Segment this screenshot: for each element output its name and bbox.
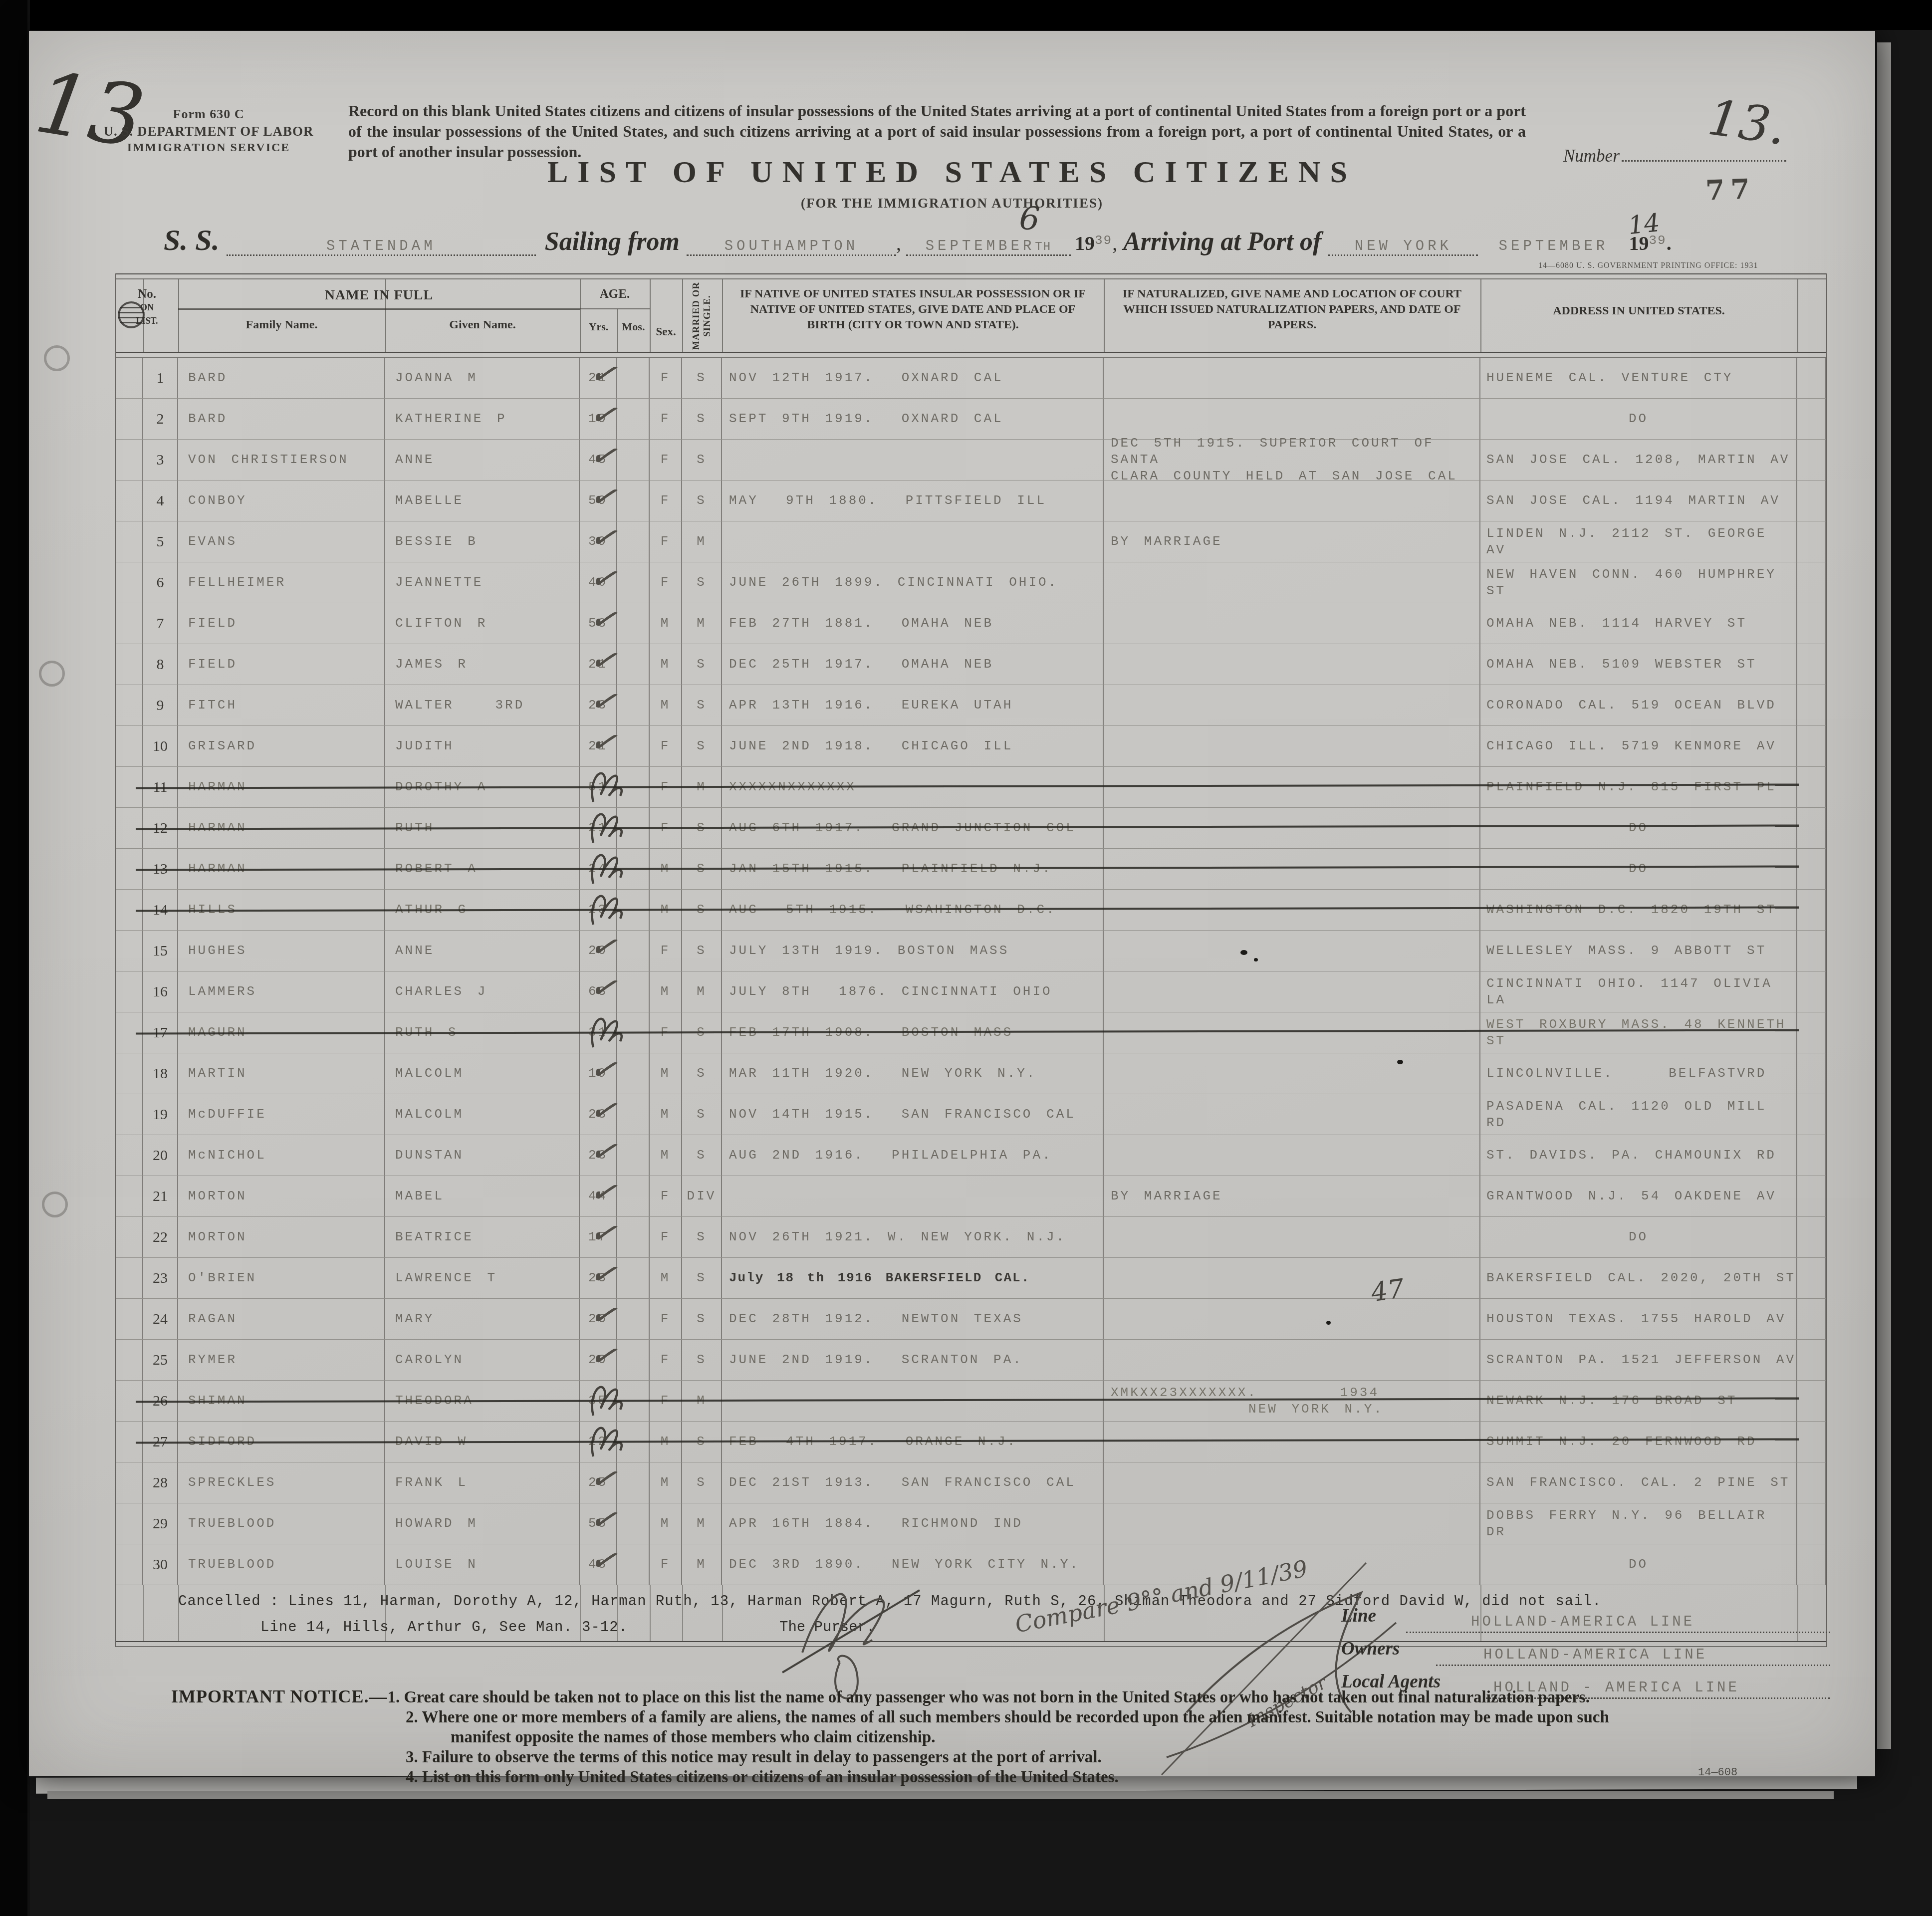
cell-given-name: ROBERT A: [385, 849, 580, 889]
cell-sex: F: [650, 358, 682, 398]
cell-birth: [722, 1176, 1104, 1216]
row-margin: [116, 1462, 143, 1503]
owners-rule: [1436, 1665, 1830, 1666]
cell-row-number: 20: [143, 1135, 178, 1176]
row-end-margin: [1797, 399, 1826, 439]
cell-birth: [722, 440, 1104, 480]
cell-naturalization: [1104, 1503, 1480, 1544]
cell-address: HOUSTON TEXAS. 1755 HAROLD AV: [1480, 1299, 1797, 1339]
row-margin: [116, 562, 143, 603]
header-divider: [1797, 279, 1798, 352]
cell-address: WASHINGTON D.C. 1820 19TH ST: [1480, 890, 1797, 930]
cell-age-months: [617, 808, 650, 848]
col-header-naturalization: IF NATURALIZED, GIVE NAME AND LOCATION O…: [1104, 286, 1480, 333]
cell-age-years: 51: [580, 767, 617, 807]
cell-age-years: 25: [580, 1462, 617, 1503]
cell-marital-status: S: [682, 1012, 722, 1053]
cell-family-name: BARD: [178, 358, 385, 398]
cell-address: DO: [1480, 808, 1797, 848]
table-row: 4CONBOYMABELLE59FSMAY 9TH 1880. PITTSFIE…: [116, 480, 1826, 521]
cell-address: HUENEME CAL. VENTURE CTY: [1480, 358, 1797, 398]
cell-address: LINDEN N.J. 2112 ST. GEORGE AV: [1480, 521, 1797, 562]
cell-naturalization: BY MARRIAGE: [1104, 521, 1480, 562]
notice-item-3: 3. Failure to observe the terms of this …: [171, 1747, 1833, 1767]
ink-speck: [1397, 1060, 1403, 1064]
ss-label: S. S.: [164, 223, 220, 257]
cell-marital-status: S: [682, 440, 722, 480]
cell-sex: M: [650, 1258, 682, 1298]
cell-row-number: 9: [143, 685, 178, 725]
cell-age-months: [617, 849, 650, 889]
table-row: 16LAMMERSCHARLES J63MMJULY 8TH 1876. CIN…: [116, 971, 1826, 1012]
cell-family-name: FIELD: [178, 603, 385, 644]
form-number: Form 630 C: [173, 107, 244, 121]
cell-age-months: [617, 1135, 650, 1176]
handwritten-sail-day: 6: [1018, 200, 1041, 239]
cell-given-name: MABEL: [385, 1176, 580, 1216]
notice-item-2b: manifest opposite the names of those mem…: [171, 1727, 1833, 1747]
cell-age-years: 31: [580, 1012, 617, 1053]
cell-sex: M: [650, 890, 682, 930]
cell-marital-status: M: [682, 1544, 722, 1585]
number-field: Number 13.: [1563, 143, 1833, 166]
cell-address: DO: [1480, 399, 1797, 439]
row-end-margin: [1797, 971, 1826, 1012]
cell-age-months: [617, 1299, 650, 1339]
cell-family-name: McNICHOL: [178, 1135, 385, 1176]
sail-year: 39: [1095, 233, 1112, 248]
cell-address: SAN FRANCISCO. CAL. 2 PINE ST: [1480, 1462, 1797, 1503]
table-row: 11HARMANDOROTHY A51FMXXXXXNXXXXXXXPLAINF…: [116, 767, 1826, 808]
cell-given-name: BEATRICE: [385, 1217, 580, 1257]
cell-birth: AUG 2ND 1916. PHILADELPHIA PA.: [722, 1135, 1104, 1176]
cell-row-number: 12: [143, 808, 178, 848]
port-to-field: NEW YORK: [1328, 238, 1478, 256]
handwritten-number: 13.: [1704, 89, 1789, 157]
cell-marital-status: S: [682, 685, 722, 725]
cell-naturalization: [1104, 726, 1480, 766]
cell-age-years: 63: [580, 971, 617, 1012]
row-end-margin: [1797, 1094, 1826, 1135]
cell-age-months: [617, 1422, 650, 1462]
cell-age-years: 23: [580, 1258, 617, 1298]
arrive-month: SEPTEMBER: [1499, 238, 1609, 254]
cell-address: DO: [1480, 1544, 1797, 1585]
cell-given-name: DAVID W: [385, 1422, 580, 1462]
form-identification: Form 630 C U. S. DEPARTMENT OF LABOR IMM…: [89, 107, 328, 155]
row-end-margin: [1797, 1462, 1826, 1503]
cell-row-number: 8: [143, 644, 178, 685]
cell-family-name: LAMMERS: [178, 971, 385, 1012]
married-label: MARRIED OR SINGLE.: [691, 281, 713, 350]
cell-address: GRANTWOOD N.J. 54 OAKDENE AV: [1480, 1176, 1797, 1216]
cell-age-years: 58: [580, 603, 617, 644]
cell-birth: JUNE 2ND 1919. SCRANTON PA.: [722, 1340, 1104, 1380]
cell-marital-status: S: [682, 1053, 722, 1094]
cell-naturalization: [1104, 1053, 1480, 1094]
row-margin: [116, 1094, 143, 1135]
cell-sex: M: [650, 1422, 682, 1462]
cell-age-months: [617, 971, 650, 1012]
cell-birth: JULY 13TH 1919. BOSTON MASS: [722, 931, 1104, 971]
print-code-bottom: 14—608: [1698, 1766, 1737, 1779]
cell-age-years: 39: [580, 521, 617, 562]
cell-sex: F: [650, 1217, 682, 1257]
sailing-info-line: S. S. STATENDAM Sailing from SOUTHAMPTON…: [164, 223, 1825, 262]
cell-row-number: 21: [143, 1176, 178, 1216]
cell-sex: F: [650, 1381, 682, 1421]
cell-age-years: 22: [580, 1422, 617, 1462]
row-end-margin: [1797, 1012, 1826, 1053]
cell-age-months: [617, 1053, 650, 1094]
row-margin: [116, 1340, 143, 1380]
row-end-margin: [1797, 1176, 1826, 1216]
header-rule: [178, 308, 580, 310]
cell-sex: F: [650, 562, 682, 603]
cell-age-years: 44: [580, 1176, 617, 1216]
cell-age-years: 21: [580, 808, 617, 848]
cell-sex: F: [650, 521, 682, 562]
cell-marital-status: S: [682, 1258, 722, 1298]
cell-sex: F: [650, 931, 682, 971]
cell-age-months: [617, 399, 650, 439]
cell-age-months: [617, 1176, 650, 1216]
table-row: 5EVANSBESSIE B39FMBY MARRIAGELINDEN N.J.…: [116, 521, 1826, 562]
notice-item-1: 1. Great care should be taken not to pla…: [387, 1688, 1589, 1706]
noteband-divider: [580, 1585, 581, 1641]
noteband-divider: [722, 1585, 723, 1641]
cell-age-months: [617, 1094, 650, 1135]
cell-family-name: O'BRIEN: [178, 1258, 385, 1298]
cell-birth: XXXXXNXXXXXXX: [722, 767, 1104, 807]
cell-age-years: 20: [580, 1340, 617, 1380]
cell-address: PLAINFIELD N.J. 815 FIRST PL: [1480, 767, 1797, 807]
cell-row-number: 25: [143, 1340, 178, 1380]
cell-given-name: MALCOLM: [385, 1094, 580, 1135]
cell-row-number: 15: [143, 931, 178, 971]
cell-age-months: [617, 562, 650, 603]
cell-marital-status: M: [682, 521, 722, 562]
cell-family-name: TRUEBLOOD: [178, 1544, 385, 1585]
cell-birth: APR 13TH 1916. EUREKA UTAH: [722, 685, 1104, 725]
table-body: 1BARDJOANNA M21FSNOV 12TH 1917. OXNARD C…: [116, 358, 1826, 1585]
cell-marital-status: S: [682, 1094, 722, 1135]
punch-hole: [39, 661, 65, 687]
cell-naturalization: [1104, 1094, 1480, 1135]
cell-age-months: [617, 1381, 650, 1421]
cell-birth: DEC 28TH 1912. NEWTON TEXAS: [722, 1299, 1104, 1339]
cell-address: LINCOLNVILLE. BELFASTVRD: [1480, 1053, 1797, 1094]
cell-age-years: 23: [580, 685, 617, 725]
cell-naturalization: [1104, 890, 1480, 930]
owners-label: Owners: [1341, 1639, 1400, 1659]
cell-age-years: 19: [580, 399, 617, 439]
cell-address: NEW HAVEN CONN. 460 HUMPHREY ST: [1480, 562, 1797, 603]
cell-sex: M: [650, 1094, 682, 1135]
cell-sex: M: [650, 1053, 682, 1094]
cell-birth: NOV 14TH 1915. SAN FRANCISCO CAL: [722, 1094, 1104, 1135]
cell-age-years: 59: [580, 480, 617, 521]
department-name: U. S. DEPARTMENT OF LABOR: [89, 124, 328, 139]
col-header-name: NAME IN FULL: [178, 287, 580, 303]
cell-address: OMAHA NEB. 5109 WEBSTER ST: [1480, 644, 1797, 685]
cell-sex: F: [650, 1544, 682, 1585]
cell-sex: M: [650, 1462, 682, 1503]
cell-naturalization: [1104, 849, 1480, 889]
cell-age-years: 23: [580, 890, 617, 930]
row-margin: [116, 890, 143, 930]
cell-sex: F: [650, 480, 682, 521]
row-end-margin: [1797, 1135, 1826, 1176]
cell-marital-status: DIV: [682, 1176, 722, 1216]
cell-naturalization: [1104, 767, 1480, 807]
table-row: 18MARTINMALCOLM19MSMAR 11TH 1920. NEW YO…: [116, 1053, 1826, 1094]
cell-given-name: CAROLYN: [385, 1340, 580, 1380]
port-to: NEW YORK: [1355, 238, 1452, 254]
cell-naturalization: XMKXX23XXXXXXX. 1934 NEW YORK N.Y.: [1104, 1381, 1480, 1421]
cell-marital-status: M: [682, 767, 722, 807]
cell-given-name: CLIFTON R: [385, 603, 580, 644]
cell-address: SAN JOSE CAL. 1208, MARTIN AV: [1480, 440, 1797, 480]
cell-naturalization: [1104, 644, 1480, 685]
cell-age-years: 55: [580, 1503, 617, 1544]
cell-birth: FEB 27TH 1881. OMAHA NEB: [722, 603, 1104, 644]
print-code-top: 14—6080 U. S. GOVERNMENT PRINTING OFFICE…: [1538, 261, 1758, 270]
cell-sex: M: [650, 971, 682, 1012]
cell-marital-status: S: [682, 399, 722, 439]
cell-family-name: GRISARD: [178, 726, 385, 766]
cell-naturalization: DEC 5TH 1915. SUPERIOR COURT OF SANTA CL…: [1104, 440, 1480, 480]
row-margin: [116, 1258, 143, 1298]
cell-age-months: [617, 521, 650, 562]
cell-sex: M: [650, 1135, 682, 1176]
row-end-margin: [1797, 644, 1826, 685]
cell-age-years: 23: [580, 1135, 617, 1176]
row-margin: [116, 1422, 143, 1462]
cell-address: WELLESLEY MASS. 9 ABBOTT ST: [1480, 931, 1797, 971]
cell-row-number: 7: [143, 603, 178, 644]
cell-sex: M: [650, 685, 682, 725]
cell-row-number: 29: [143, 1503, 178, 1544]
row-margin: [116, 931, 143, 971]
cell-birth: APR 16TH 1884. RICHMOND IND: [722, 1503, 1104, 1544]
cell-address: SCRANTON PA. 1521 JEFFERSON AV: [1480, 1340, 1797, 1380]
page-subtitle: (FOR THE IMMIGRATION AUTHORITIES): [503, 196, 1401, 211]
cell-given-name: LAWRENCE T: [385, 1258, 580, 1298]
table-row: 14HILLSATHUR G23MSAUG 5TH 1915. WSAHINGT…: [116, 890, 1826, 931]
cell-sex: M: [650, 603, 682, 644]
table-row: 15HUGHESANNE20FSJULY 13TH 1919. BOSTON M…: [116, 931, 1826, 971]
cell-family-name: MARTIN: [178, 1053, 385, 1094]
cell-family-name: FELLHEIMER: [178, 562, 385, 603]
cell-given-name: DUNSTAN: [385, 1135, 580, 1176]
cell-given-name: JEANNETTE: [385, 562, 580, 603]
table-row: 7FIELDCLIFTON R58MMFEB 27TH 1881. OMAHA …: [116, 603, 1826, 644]
cell-age-years: 20: [580, 931, 617, 971]
cell-naturalization: [1104, 562, 1480, 603]
row-margin: [116, 644, 143, 685]
header-divider: [1104, 279, 1105, 352]
col-header-family: Family Name.: [178, 318, 385, 332]
cell-given-name: JOANNA M: [385, 358, 580, 398]
cell-family-name: SHIMAN: [178, 1381, 385, 1421]
cell-family-name: MAGURN: [178, 1012, 385, 1053]
table-row: 22MORTONBEATRICE17FSNOV 26TH 1921. W. NE…: [116, 1217, 1826, 1258]
row-end-margin: [1797, 480, 1826, 521]
cell-age-months: [617, 890, 650, 930]
row-end-margin: [1797, 726, 1826, 766]
col-header-married: MARRIED OR SINGLE.: [682, 281, 722, 350]
punch-hole: [42, 1192, 68, 1217]
col-header-age: AGE.: [580, 287, 650, 301]
cell-birth: DEC 25TH 1917. OMAHA NEB: [722, 644, 1104, 685]
table-row: 1BARDJOANNA M21FSNOV 12TH 1917. OXNARD C…: [116, 358, 1826, 399]
cell-given-name: FRANK L: [385, 1462, 580, 1503]
owners-row: Owners HOLLAND-AMERICA LINE: [1341, 1638, 1830, 1671]
row-margin: [116, 1176, 143, 1216]
cell-given-name: JAMES R: [385, 644, 580, 685]
cell-age-months: [617, 931, 650, 971]
row-margin: [116, 726, 143, 766]
row-margin: [116, 440, 143, 480]
noteband-divider: [178, 1585, 179, 1641]
cell-sex: F: [650, 1340, 682, 1380]
cell-row-number: 11: [143, 767, 178, 807]
row-end-margin: [1797, 1422, 1826, 1462]
list-label: LIST.: [116, 314, 178, 328]
col-header-given: Given Name.: [385, 318, 580, 332]
port-from: SOUTHAMPTON: [724, 238, 858, 254]
cell-address: CINCINNATI OHIO. 1147 OLIVIA LA: [1480, 971, 1797, 1012]
cell-given-name: CHARLES J: [385, 971, 580, 1012]
cell-naturalization: [1104, 603, 1480, 644]
cell-sex: M: [650, 849, 682, 889]
comma: ,: [896, 232, 901, 255]
scan-background: 13 Form 630 C U. S. DEPARTMENT OF LABOR …: [0, 0, 1932, 1916]
table-row: 28SPRECKLESFRANK L25MSDEC 21ST 1913. SAN…: [116, 1462, 1826, 1503]
cell-given-name: MABELLE: [385, 480, 580, 521]
table-row: 27SIDFORDDAVID W22MSFEB 4TH 1917. ORANGE…: [116, 1422, 1826, 1462]
cell-given-name: ATHUR G: [385, 890, 580, 930]
cell-row-number: 18: [143, 1053, 178, 1094]
cell-birth: [722, 1381, 1104, 1421]
row-margin: [116, 1135, 143, 1176]
row-margin: [116, 849, 143, 889]
table-row: 26SHIMANTHEODORA35FMXMKXX23XXXXXXX. 1934…: [116, 1381, 1826, 1422]
row-end-margin: [1797, 358, 1826, 398]
table-row: 3VON CHRISTIERSONANNE45FSDEC 5TH 1915. S…: [116, 440, 1826, 480]
sail-month: SEPTEMBER: [926, 238, 1035, 254]
cell-sex: F: [650, 1012, 682, 1053]
table-row: 24RAGANMARY26FSDEC 28TH 1912. NEWTON TEX…: [116, 1299, 1826, 1340]
cell-family-name: FITCH: [178, 685, 385, 725]
cell-given-name: RUTH: [385, 808, 580, 848]
cell-sex: F: [650, 399, 682, 439]
cell-row-number: 1: [143, 358, 178, 398]
cell-address: WEST ROXBURY MASS. 48 KENNETH ST: [1480, 1012, 1797, 1053]
no-label: No.: [138, 287, 156, 301]
row-end-margin: [1797, 440, 1826, 480]
cell-age-months: [617, 1258, 650, 1298]
cell-marital-status: S: [682, 480, 722, 521]
comma: ,: [1112, 232, 1117, 255]
row-margin: [116, 1053, 143, 1094]
cell-age-months: [617, 644, 650, 685]
row-margin: [116, 1217, 143, 1257]
row-end-margin: [1797, 767, 1826, 807]
cell-naturalization: [1104, 1299, 1480, 1339]
cell-naturalization: [1104, 1422, 1480, 1462]
cell-marital-status: M: [682, 1381, 722, 1421]
side-page-edge: [1877, 42, 1891, 1749]
cancelled-note-line2: Line 14, Hills, Arthur G, See Man. 3-12.: [260, 1619, 628, 1636]
cell-age-years: 21: [580, 726, 617, 766]
cell-age-years: 19: [580, 1053, 617, 1094]
line-rule: [1406, 1632, 1830, 1633]
cell-address: CORONADO CAL. 519 OCEAN BLVD: [1480, 685, 1797, 725]
col-header-mos: Mos.: [617, 320, 650, 333]
owners-value: HOLLAND-AMERICA LINE: [1483, 1647, 1707, 1663]
row-end-margin: [1797, 562, 1826, 603]
cell-family-name: BARD: [178, 399, 385, 439]
cell-given-name: JUDITH: [385, 726, 580, 766]
table-row: 21MORTONMABEL44FDIVBY MARRIAGEGRANTWOOD …: [116, 1176, 1826, 1217]
line-value: HOLLAND-AMERICA LINE: [1471, 1614, 1694, 1630]
cell-family-name: RYMER: [178, 1340, 385, 1380]
cell-family-name: FIELD: [178, 644, 385, 685]
cell-family-name: VON CHRISTIERSON: [178, 440, 385, 480]
cell-age-years: 40: [580, 562, 617, 603]
cell-row-number: 30: [143, 1544, 178, 1585]
cell-address: CHICAGO ILL. 5719 KENMORE AV: [1480, 726, 1797, 766]
cell-row-number: 10: [143, 726, 178, 766]
cell-marital-status: S: [682, 849, 722, 889]
table-row: 25RYMERCAROLYN20FSJUNE 2ND 1919. SCRANTO…: [116, 1340, 1826, 1381]
header-divider: [617, 309, 618, 352]
cell-marital-status: S: [682, 644, 722, 685]
cell-address: BAKERSFIELD CAL. 2020, 20TH ST: [1480, 1258, 1797, 1298]
cell-birth: DEC 21ST 1913. SAN FRANCISCO CAL: [722, 1462, 1104, 1503]
row-end-margin: [1797, 1503, 1826, 1544]
sail-day-suffix: TH: [1035, 240, 1051, 254]
cell-given-name: LOUISE N: [385, 1544, 580, 1585]
cell-age-months: [617, 1503, 650, 1544]
cell-marital-status: S: [682, 1217, 722, 1257]
table-row: 10GRISARDJUDITH21FSJUNE 2ND 1918. CHICAG…: [116, 726, 1826, 767]
table-row: 12HARMANRUTH21FSAUG 6TH 1917. GRAND JUNC…: [116, 808, 1826, 849]
noteband-divider: [650, 1585, 651, 1641]
cell-given-name: ANNE: [385, 931, 580, 971]
cell-marital-status: S: [682, 931, 722, 971]
cell-birth: JUNE 26TH 1899. CINCINNATI OHIO.: [722, 562, 1104, 603]
cell-age-years: 35: [580, 1381, 617, 1421]
cell-family-name: HILLS: [178, 890, 385, 930]
cell-birth: FEB 4TH 1917. ORANGE N.J.: [722, 1422, 1104, 1462]
cell-marital-status: S: [682, 726, 722, 766]
ink-speck: [1254, 958, 1258, 961]
cell-family-name: SPRECKLES: [178, 1462, 385, 1503]
cell-row-number: 6: [143, 562, 178, 603]
cell-address: ST. DAVIDS. PA. CHAMOUNIX RD: [1480, 1135, 1797, 1176]
header-divider: [580, 279, 581, 352]
ship-name-field: STATENDAM: [227, 238, 536, 256]
cell-naturalization: [1104, 1217, 1480, 1257]
document-page: 13 Form 630 C U. S. DEPARTMENT OF LABOR …: [29, 31, 1875, 1776]
cell-row-number: 26: [143, 1381, 178, 1421]
cell-naturalization: [1104, 1012, 1480, 1053]
cell-birth: JULY 8TH 1876. CINCINNATI OHIO: [722, 971, 1104, 1012]
cell-given-name: THEODORA: [385, 1381, 580, 1421]
